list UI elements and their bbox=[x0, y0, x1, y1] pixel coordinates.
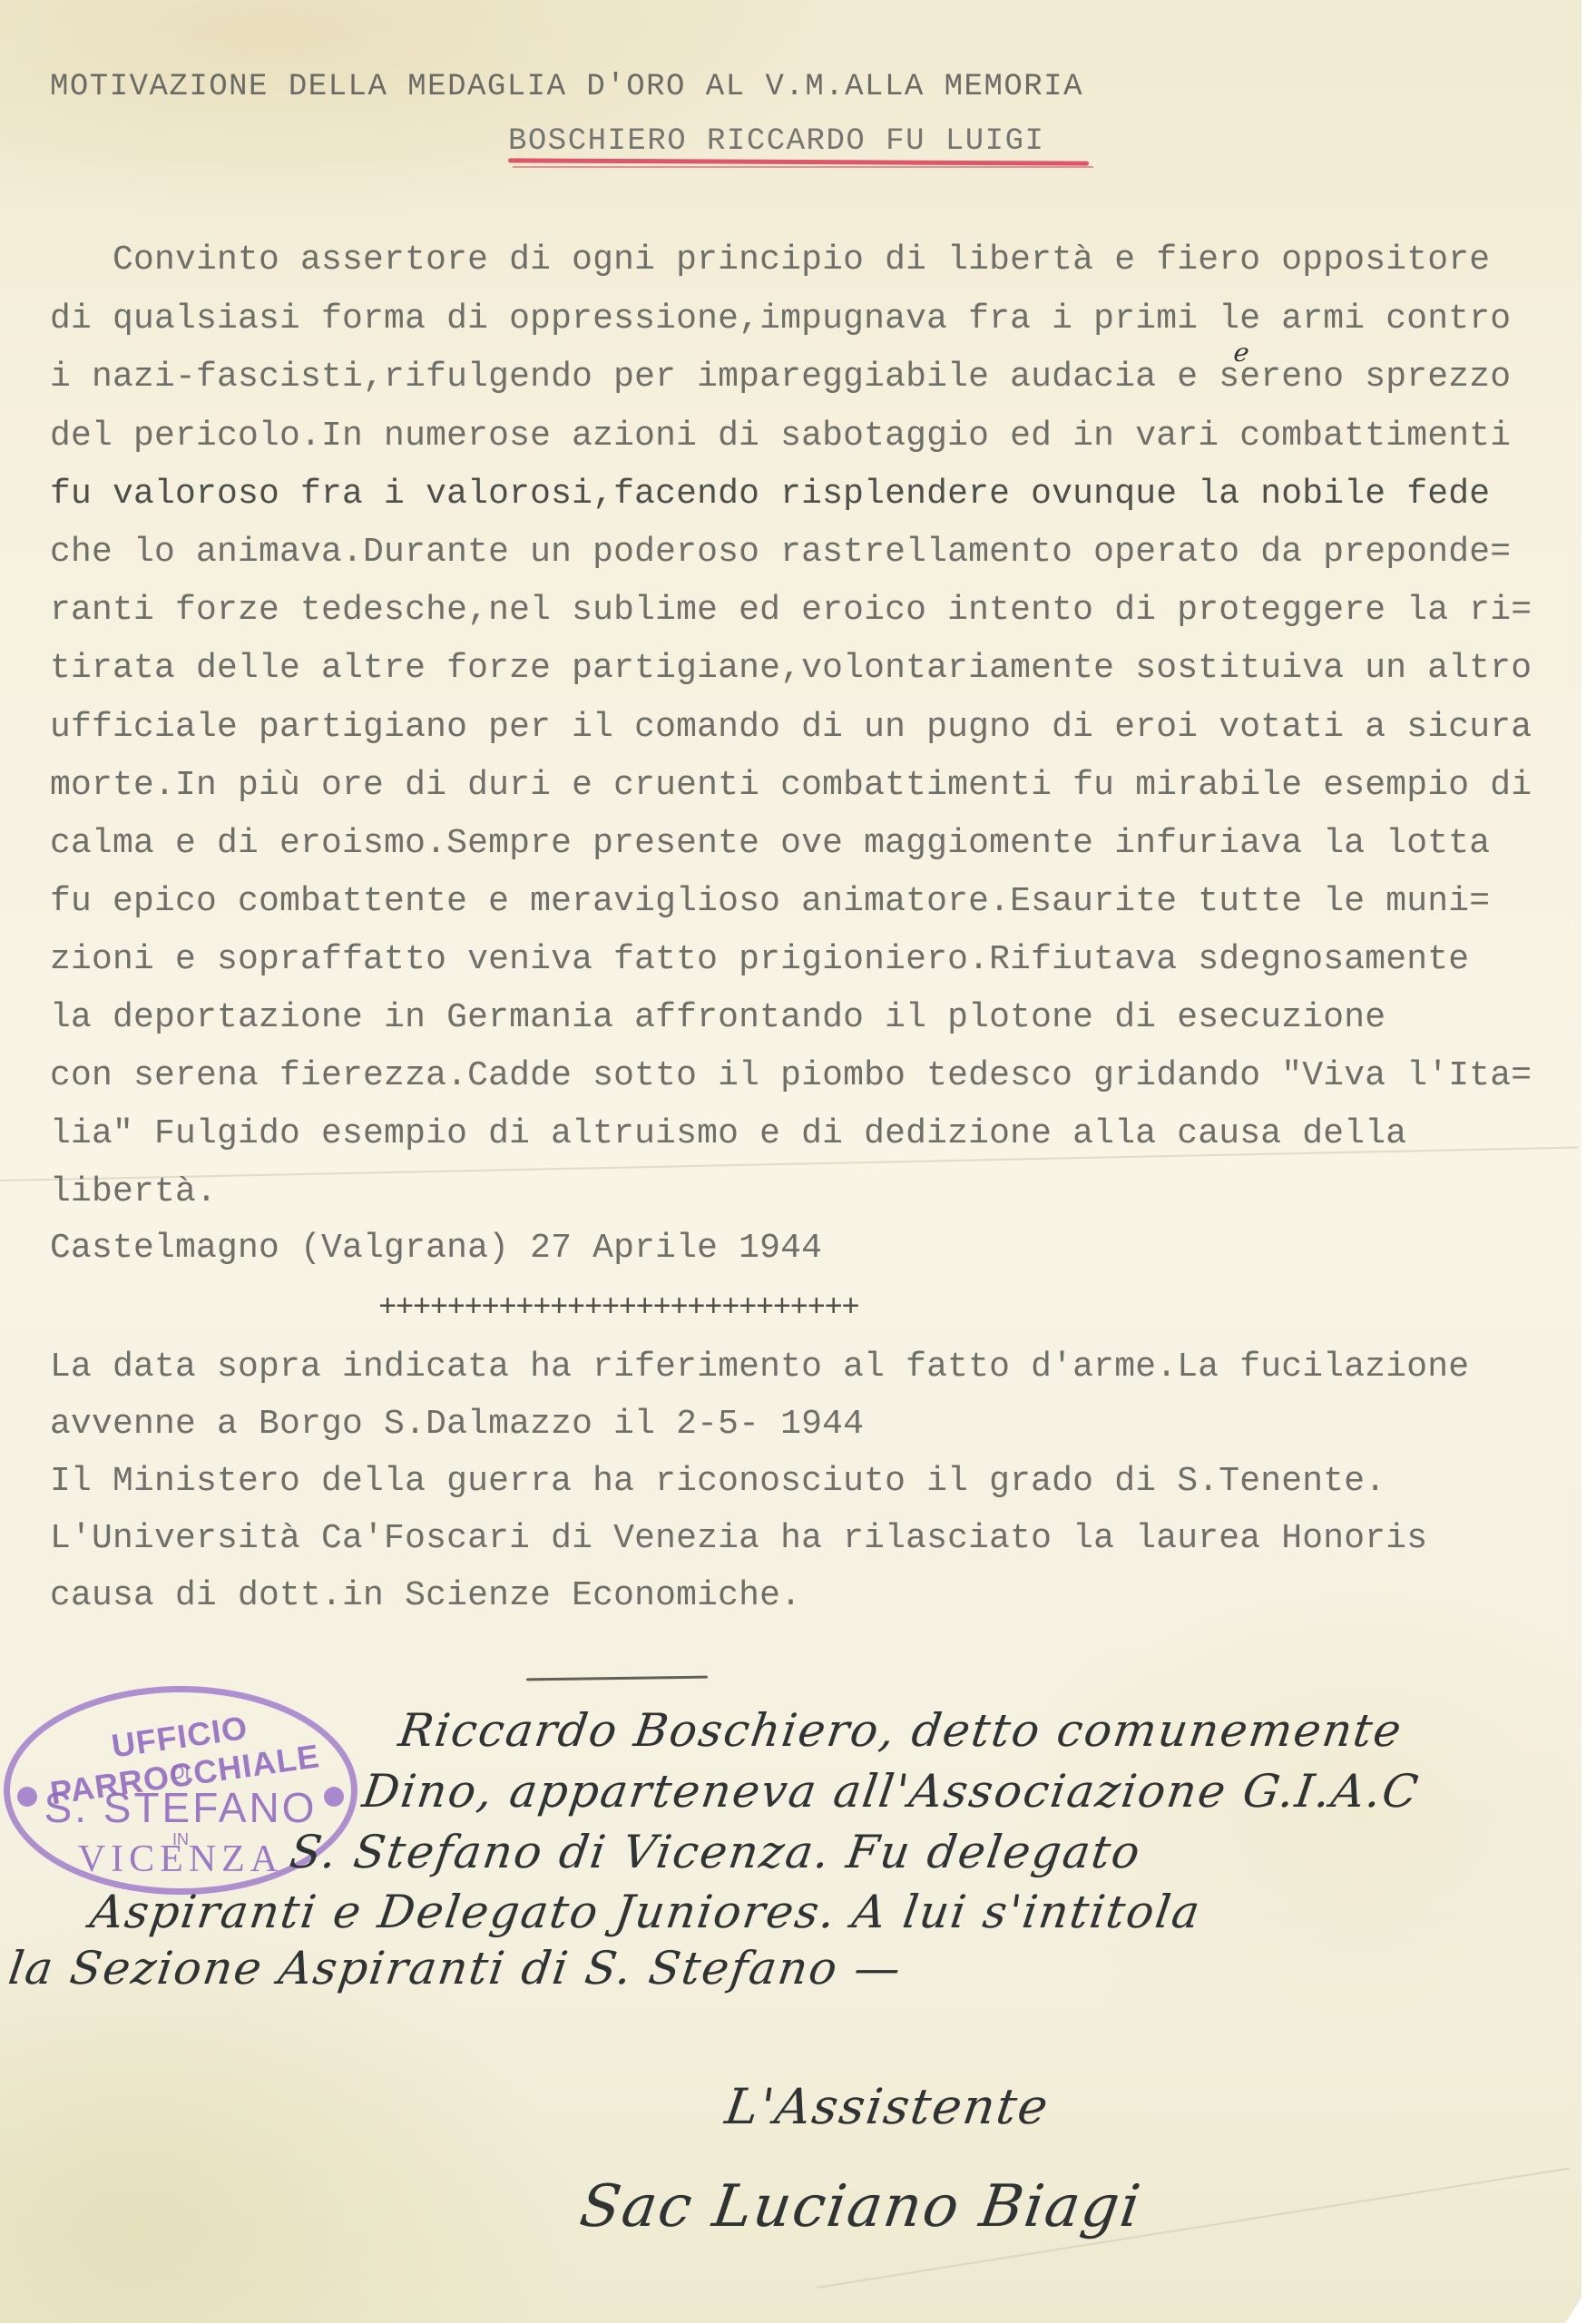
motivation-line: tirata delle altre forze partigiane,volo… bbox=[50, 652, 1532, 686]
handwritten-rule bbox=[526, 1676, 708, 1681]
motivation-line: con serena fierezza.Cadde sotto il piomb… bbox=[50, 1059, 1532, 1093]
motivation-line: i nazi-fascisti,rifulgendo per impareggi… bbox=[50, 360, 1511, 395]
stamp-di: DI bbox=[10, 1763, 351, 1784]
motivation-line: fu valoroso fra i valorosi,facendo rispl… bbox=[50, 477, 1490, 512]
motivation-line: ranti forze tedesche,nel sublime ed eroi… bbox=[50, 593, 1532, 628]
motivation-line: del pericolo.In numerose azioni di sabot… bbox=[50, 419, 1511, 454]
stamp-parish: S. STEFANO bbox=[10, 1783, 351, 1832]
subject-name: BOSCHIERO RICCARDO FU LUIGI bbox=[508, 124, 1044, 159]
red-underline bbox=[513, 166, 1093, 168]
place-date: Castelmagno (Valgrana) 27 Aprile 1944 bbox=[50, 1231, 822, 1266]
stamp-dot-icon bbox=[324, 1787, 344, 1807]
handwritten-line: S. Stefano di Vicenza. Fu delegato bbox=[287, 1826, 1145, 1878]
note-line: La data sopra indicata ha riferimento al… bbox=[50, 1350, 1469, 1385]
motivation-line: che lo animava.Durante un poderoso rastr… bbox=[50, 535, 1511, 570]
motivation-line: di qualsiasi forma di oppressione,impugn… bbox=[50, 302, 1511, 337]
handwritten-closing: L'Assistente bbox=[722, 2078, 1053, 2135]
note-line: causa di dott.in Scienze Economiche. bbox=[50, 1579, 801, 1613]
note-line: avvenne a Borgo S.Dalmazzo il 2-5- 1944 bbox=[50, 1407, 864, 1442]
motivation-line: calma e di eroismo.Sempre presente ove m… bbox=[50, 827, 1490, 861]
handwritten-line: Aspiranti e Delegato Juniores. A lui s'i… bbox=[87, 1886, 1205, 1938]
motivation-line: fu epico combattente e meraviglioso anim… bbox=[50, 885, 1490, 919]
handwritten-line: Dino, apparteneva all'Associazione G.I.A… bbox=[359, 1765, 1423, 1818]
motivation-line: morte.In più ore di duri e cruenti comba… bbox=[50, 769, 1532, 803]
motivation-line: zioni e sopraffatto veniva fatto prigion… bbox=[50, 943, 1469, 977]
motivation-line: ufficiale partigiano per il comando di u… bbox=[50, 711, 1532, 745]
handwritten-line: la Sezione Aspiranti di S. Stefano — bbox=[5, 1942, 906, 1995]
motivation-line: lia" Fulgido esempio di altruismo e di d… bbox=[50, 1117, 1406, 1152]
note-line: Il Ministero della guerra ha riconosciut… bbox=[50, 1465, 1385, 1499]
motivation-line: libertà. bbox=[50, 1175, 217, 1210]
document-page: MOTIVAZIONE DELLA MEDAGLIA D'ORO AL V.M.… bbox=[0, 0, 1581, 2323]
motivation-line: Convinto assertore di ogni principio di … bbox=[50, 243, 1490, 278]
document-title: MOTIVAZIONE DELLA MEDAGLIA D'ORO AL V.M.… bbox=[50, 70, 1083, 104]
red-underline bbox=[508, 158, 1089, 165]
motivation-line: la deportazione in Germania affrontando … bbox=[50, 1001, 1385, 1035]
note-line: L'Università Ca'Foscari di Venezia ha ri… bbox=[50, 1522, 1427, 1556]
handwritten-line: Riccardo Boschiero, detto comunemente bbox=[396, 1704, 1406, 1757]
separator-line: ++++++++++++++++++++++++++++ bbox=[378, 1291, 858, 1326]
signature: Sac Luciano Biagi bbox=[576, 2173, 1146, 2240]
